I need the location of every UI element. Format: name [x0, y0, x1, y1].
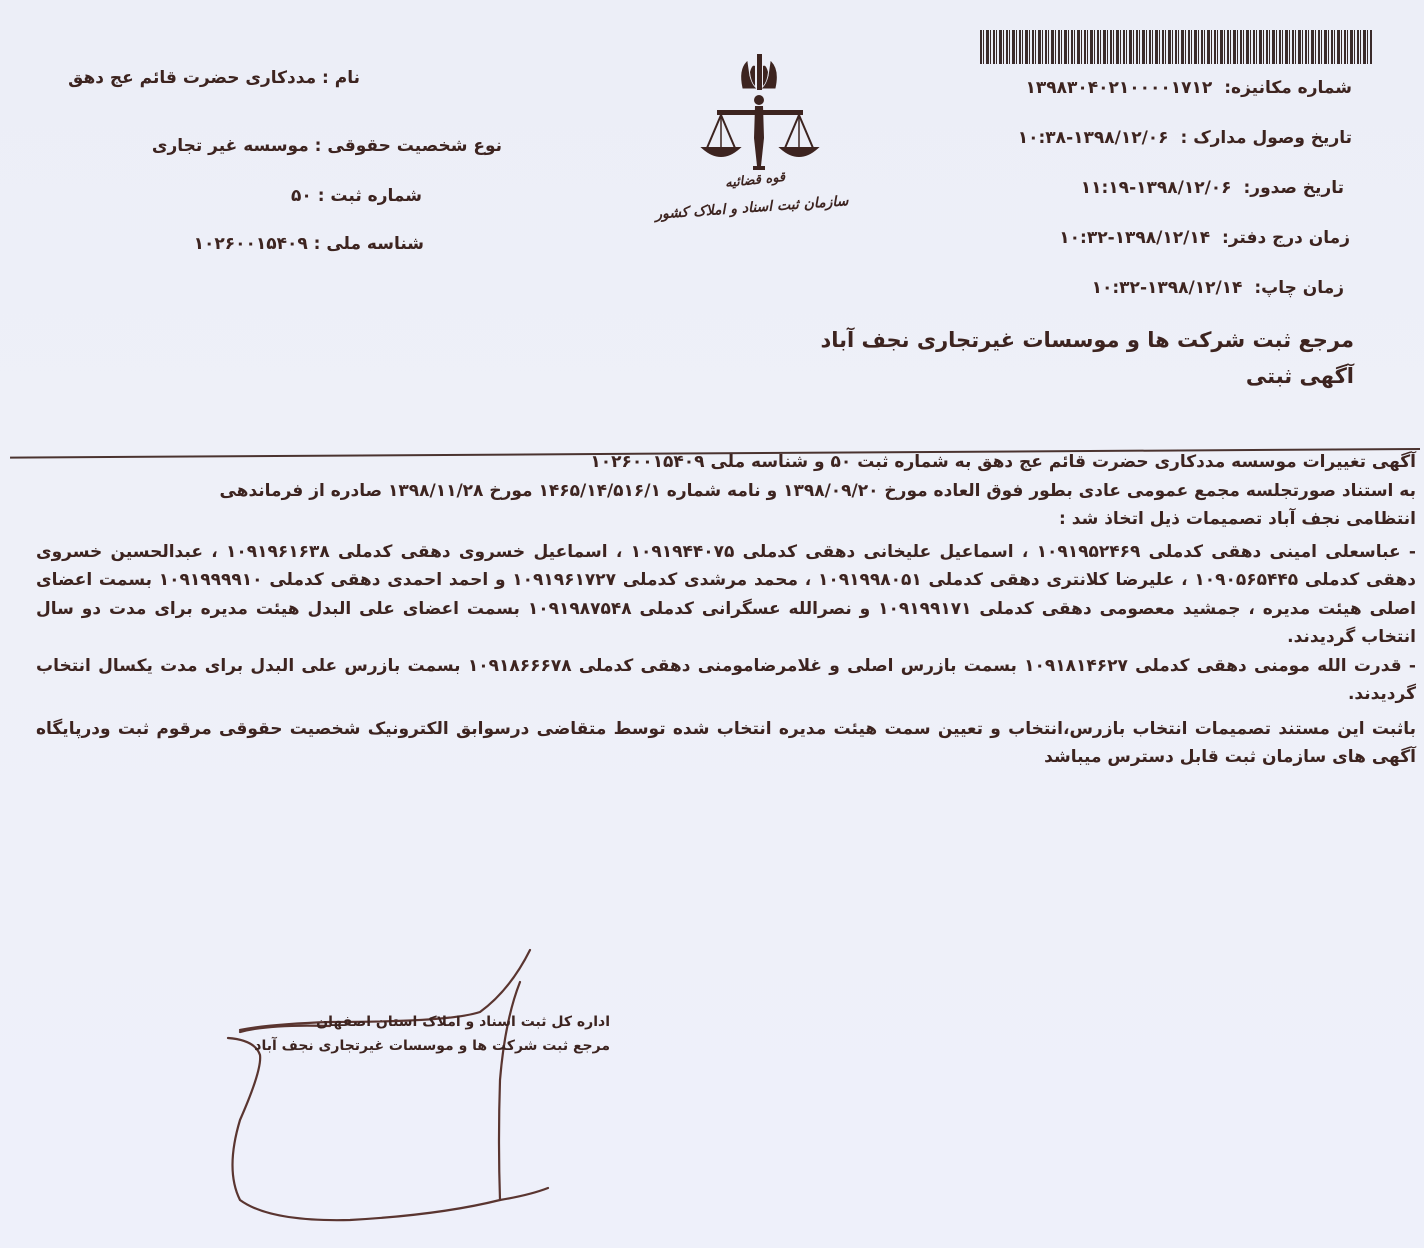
- signature-line-1: اداره کل ثبت اسناد و املاک استان اصفهان: [190, 1010, 610, 1034]
- documents-received-row: تاریخ وصول مدارک : ۱۳۹۸/۱۲/۰۶-۱۰:۳۸: [932, 120, 1352, 170]
- authority-header: مرجع ثبت شرکت ها و موسسات غیرتجاری نجف آ…: [820, 322, 1354, 394]
- documents-received-label: تاریخ وصول مدارک :: [1180, 128, 1352, 148]
- closing-paragraph: باثبت این مستند تصمیمات انتخاب بازرس،انت…: [36, 715, 1416, 772]
- issue-date-label: تاریخ صدور:: [1243, 178, 1344, 198]
- entity-type: نوع شخصیت حقوقی : موسسه غیر تجاری: [150, 130, 502, 162]
- intro-line-2: به استناد صورتجلسه مجمع عمومی عادی بطور …: [36, 477, 1416, 506]
- notice-body: آگهی تغییرات موسسه مددکاری حضرت قائم عج …: [36, 448, 1416, 772]
- notice-subtitle: آگهی ثبتی: [820, 358, 1354, 394]
- registration-number-label: شماره ثبت :: [318, 186, 422, 206]
- print-time-row: زمان چاپ: ۱۳۹۸/۱۲/۱۴-۱۰:۳۲: [932, 270, 1352, 320]
- national-id: شناسه ملی : ۱۰۲۶۰۰۱۵۴۰۹: [170, 228, 424, 260]
- document-metadata: شماره مکانیزه: ۱۳۹۸۳۰۴۰۲۱۰۰۰۰۱۷۱۲ تاریخ …: [932, 70, 1352, 320]
- authority-title: مرجع ثبت شرکت ها و موسسات غیرتجاری نجف آ…: [820, 322, 1354, 358]
- entity-type-label: نوع شخصیت حقوقی :: [315, 136, 502, 156]
- mechanized-number-label: شماره مکانیزه:: [1224, 78, 1352, 98]
- registry-entry-row: زمان درج دفتر: ۱۳۹۸/۱۲/۱۴-۱۰:۳۲: [932, 220, 1352, 270]
- board-members-paragraph: - عباسعلی امینی دهقی کدملی ۱۰۹۱۹۵۲۴۶۹ ، …: [36, 538, 1416, 652]
- entity-name-value: مددکاری حضرت قائم عج دهق: [68, 68, 316, 88]
- signature-line-2: مرجع ثبت شرکت ها و موسسات غیرتجاری نجف آ…: [190, 1034, 610, 1058]
- registration-number: شماره ثبت : ۵۰: [250, 180, 422, 212]
- entity-name-label: نام :: [322, 68, 360, 88]
- issue-date-value: ۱۳۹۸/۱۲/۰۶-۱۱:۱۹: [1081, 178, 1232, 198]
- intro-line-1: آگهی تغییرات موسسه مددکاری حضرت قائم عج …: [36, 448, 1416, 477]
- entity-name: نام : مددکاری حضرت قائم عج دهق: [60, 62, 360, 94]
- print-time-label: زمان چاپ:: [1254, 278, 1344, 298]
- barcode-icon: [980, 30, 1372, 64]
- print-time-value: ۱۳۹۸/۱۲/۱۴-۱۰:۳۲: [1092, 278, 1243, 298]
- registry-entry-value: ۱۳۹۸/۱۲/۱۴-۱۰:۳۲: [1059, 228, 1210, 248]
- documents-received-value: ۱۳۹۸/۱۲/۰۶-۱۰:۳۸: [1018, 128, 1169, 148]
- registry-entry-label: زمان درج دفتر:: [1222, 228, 1350, 248]
- intro-line-3: انتظامی نجف آباد تصمیمات ذیل اتخاذ شد :: [36, 505, 1416, 534]
- inspectors-paragraph: - قدرت الله مومنی دهقی کدملی ۱۰۹۱۸۱۴۶۲۷ …: [36, 652, 1416, 709]
- national-id-value: ۱۰۲۶۰۰۱۵۴۰۹: [194, 234, 308, 254]
- signature-block: اداره کل ثبت اسناد و املاک استان اصفهان …: [190, 1010, 610, 1058]
- entity-type-value: موسسه غیر تجاری: [152, 136, 309, 156]
- issue-date-row: تاریخ صدور: ۱۳۹۸/۱۲/۰۶-۱۱:۱۹: [932, 170, 1352, 220]
- mechanized-number-row: شماره مکانیزه: ۱۳۹۸۳۰۴۰۲۱۰۰۰۰۱۷۱۲: [932, 70, 1352, 120]
- document-page: شماره مکانیزه: ۱۳۹۸۳۰۴۰۲۱۰۰۰۰۱۷۱۲ تاریخ …: [0, 0, 1424, 1248]
- handwritten-signature-icon: [180, 930, 600, 1240]
- national-id-label: شناسه ملی :: [314, 234, 424, 254]
- mechanized-number-value: ۱۳۹۸۳۰۴۰۲۱۰۰۰۰۱۷۱۲: [1026, 78, 1213, 98]
- registration-number-value: ۵۰: [291, 186, 312, 206]
- judiciary-emblem: قوه قضائیه سازمان ثبت اسناد و املاک کشور: [655, 48, 865, 238]
